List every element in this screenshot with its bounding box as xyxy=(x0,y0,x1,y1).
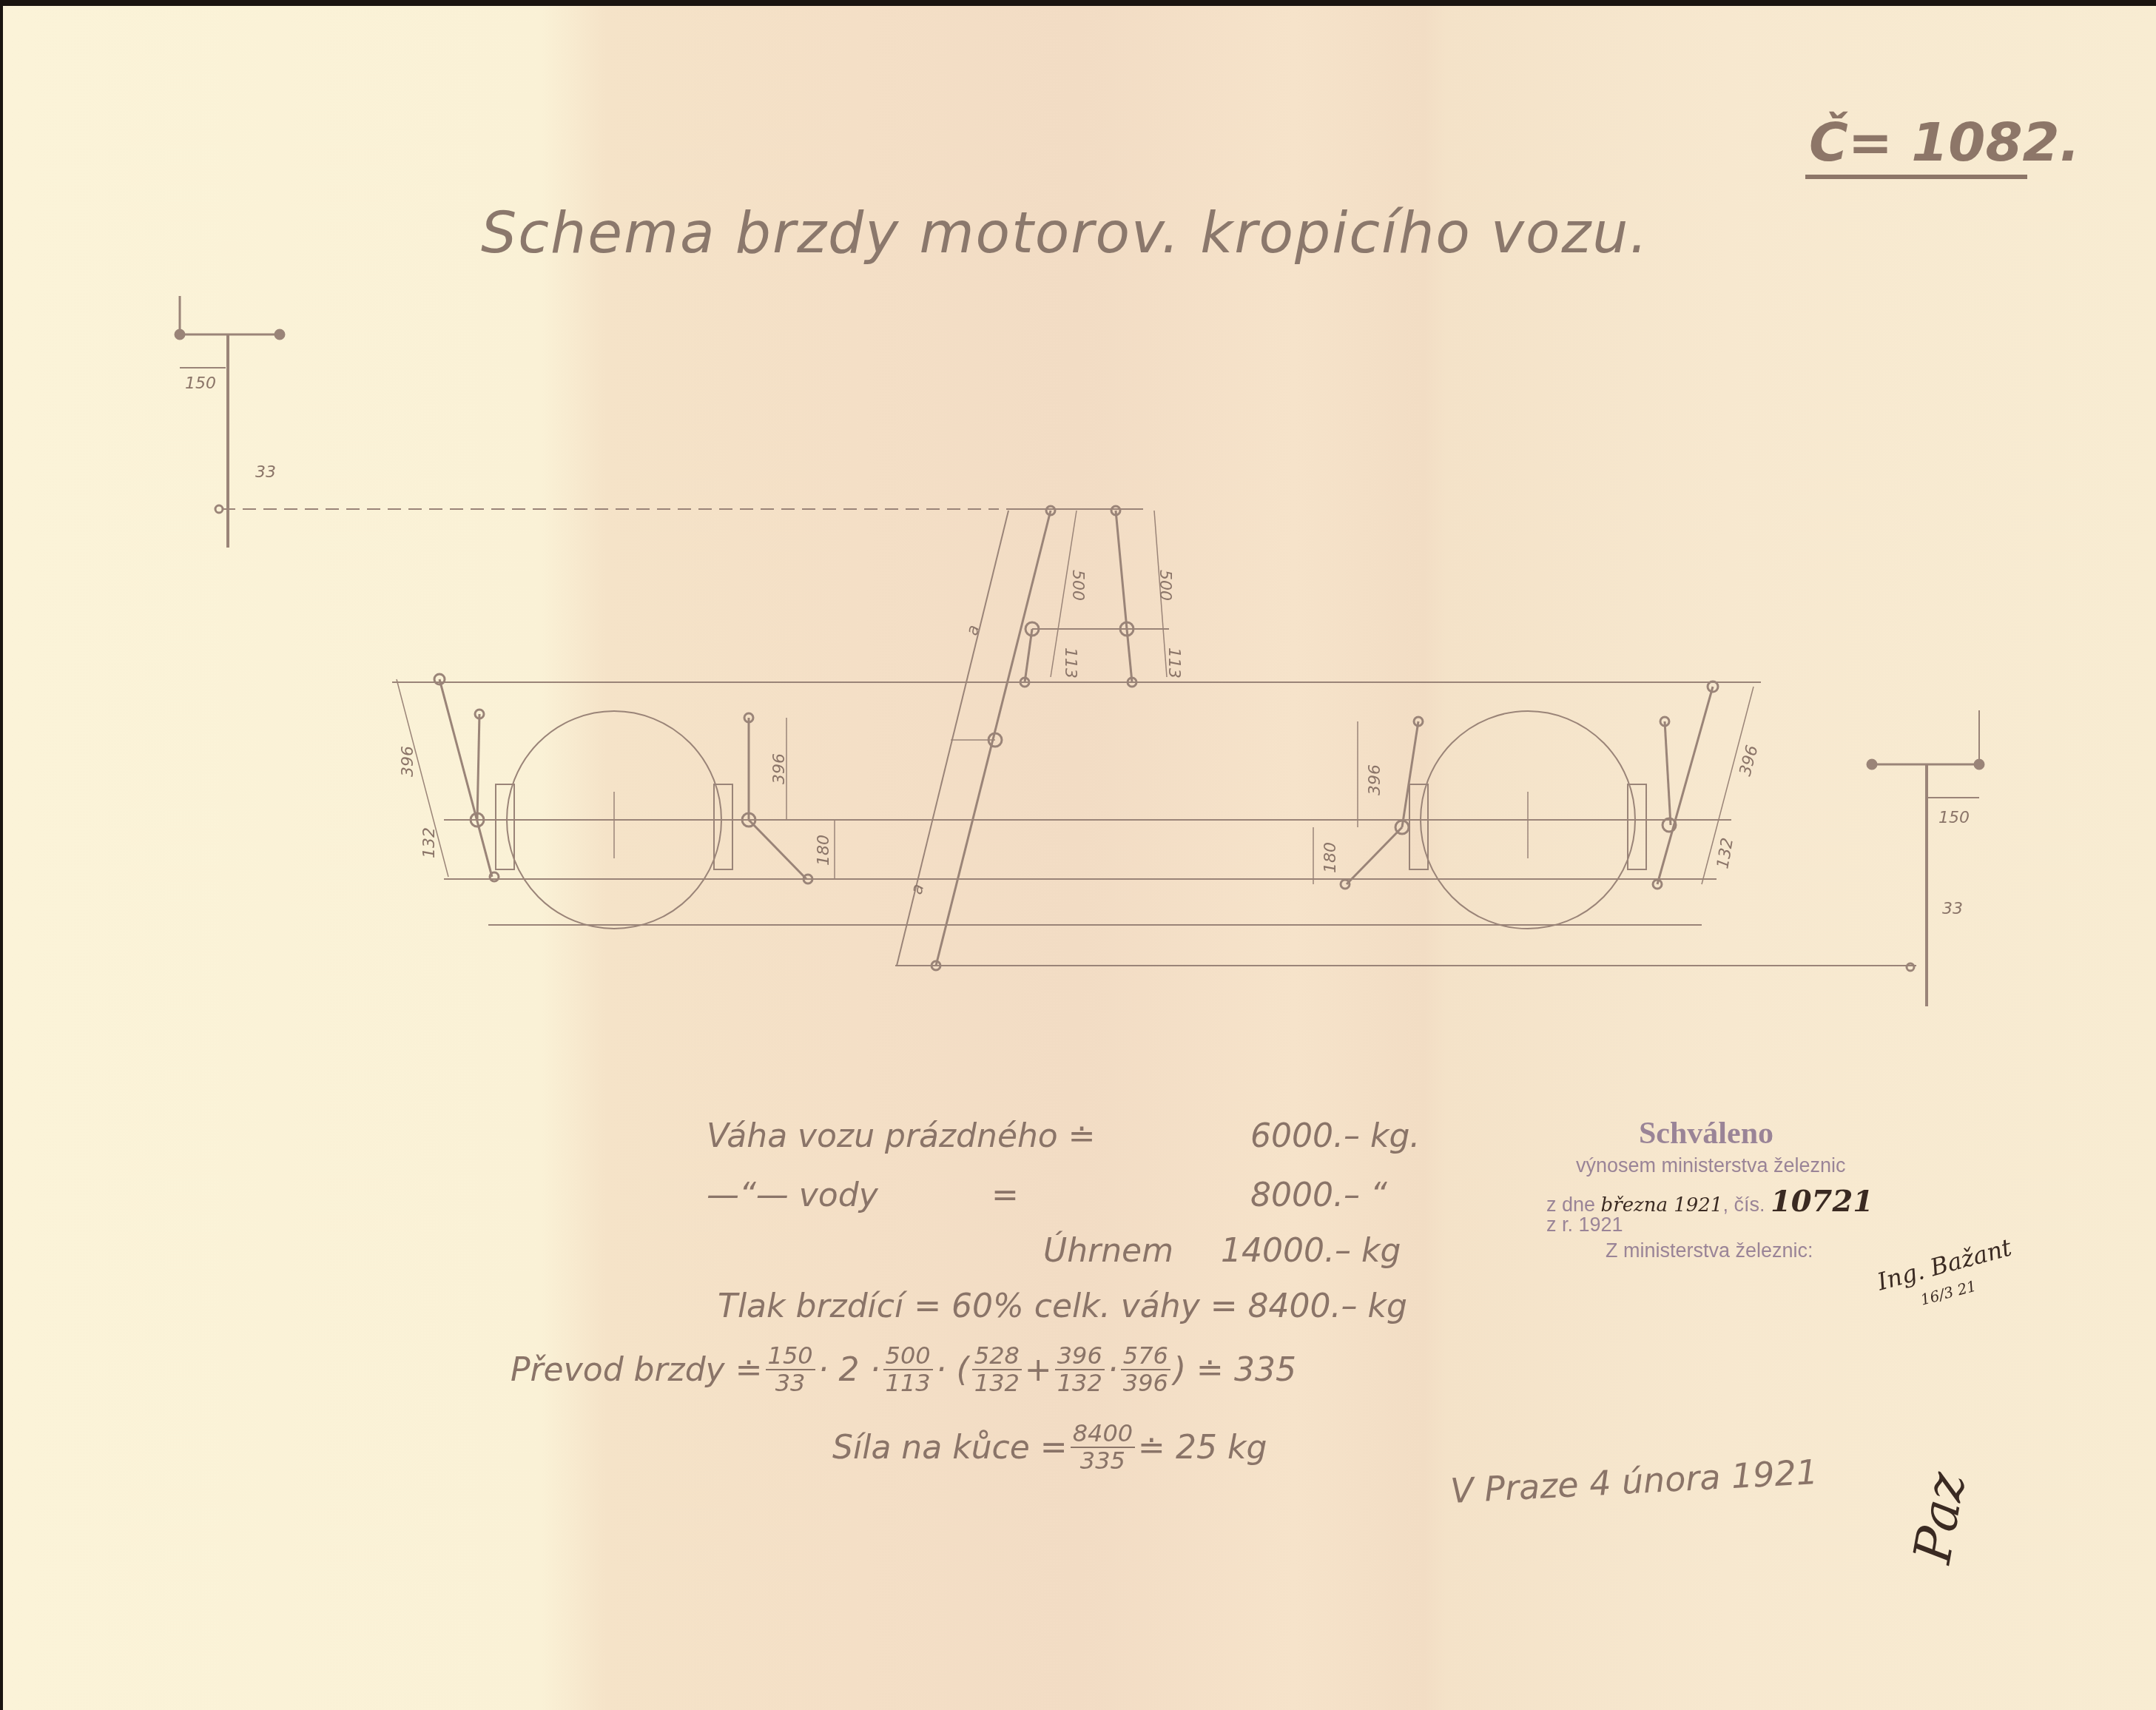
approval-number: 10721 xyxy=(1771,1184,1873,1219)
dim-132-rw: 132 xyxy=(1714,836,1737,870)
dim-33-left: 33 xyxy=(255,463,276,482)
dim-500-left: 500 xyxy=(1068,570,1087,601)
ratio-result: ≐ 335 xyxy=(1196,1351,1296,1389)
dim-396-lw-inner: 396 xyxy=(770,753,789,784)
fraction: 8400335 xyxy=(1071,1421,1135,1474)
fraction: 396132 xyxy=(1055,1343,1105,1396)
dim-150-right: 150 xyxy=(1938,809,1970,827)
dim-113-right: 113 xyxy=(1165,647,1183,679)
dim-33-right: 33 xyxy=(1942,900,1963,918)
total-value: 14000.– kg xyxy=(1221,1232,1401,1270)
ratio-label: Převod brzdy ≐ xyxy=(511,1351,763,1389)
dim-396-lw-outer: 396 xyxy=(399,746,417,777)
brake-pressure: Tlak brzdící = 60% celk. váhy = 8400.– k… xyxy=(718,1287,1407,1325)
weight-water-value: 8000.– “ xyxy=(1250,1177,1387,1214)
fraction: 576396 xyxy=(1121,1343,1170,1396)
dim-a-bottom: a xyxy=(908,882,929,896)
center-lever xyxy=(897,506,1169,970)
approval-stamp-line4: Z ministerstva železnic: xyxy=(1606,1239,1813,1262)
dimension-labels: 150 33 150 33 a a 500 500 113 113 396 13… xyxy=(185,374,1970,918)
dim-150-left: 150 xyxy=(185,374,216,393)
hand-lever-left xyxy=(175,296,999,548)
wheel-right xyxy=(1313,681,1754,929)
hand-lever-right xyxy=(1867,710,1984,1006)
approval-stamp-line3: z r. 1921 xyxy=(1546,1214,1623,1236)
dim-396-rw-outer: 396 xyxy=(1736,744,1762,778)
fraction: 500113 xyxy=(883,1343,933,1396)
lever-force-formula: Síla na kůce = 8400335 ≐ 25 kg xyxy=(832,1421,1267,1474)
approval-stamp-line1: výnosem ministerstva železnic xyxy=(1576,1154,1846,1177)
dim-500-right: 500 xyxy=(1156,570,1174,601)
weight-empty-label: Váha vozu prázdného ≐ xyxy=(707,1117,1096,1155)
force-result: ≐ 25 kg xyxy=(1138,1429,1267,1467)
approval-stamp-title: Schváleno xyxy=(1639,1116,1773,1151)
dim-180-rw: 180 xyxy=(1321,842,1340,873)
force-label: Síla na kůce = xyxy=(832,1429,1068,1467)
brake-ratio-formula: Převod brzdy ≐ 15033 · 2 · 500113 · ( 52… xyxy=(511,1343,1296,1396)
wheel-left xyxy=(397,674,835,929)
total-label: Úhrnem xyxy=(1043,1232,1173,1270)
weight-water-label: —“— vody xyxy=(707,1177,878,1214)
dim-396-rw-inner: 396 xyxy=(1366,764,1384,795)
dim-180-lw: 180 xyxy=(815,835,833,866)
fraction: 15033 xyxy=(766,1343,815,1396)
fraction: 528132 xyxy=(972,1343,1022,1396)
dim-113-left: 113 xyxy=(1061,647,1079,679)
weight-empty-value: 6000.– kg. xyxy=(1250,1117,1420,1155)
dim-132-lw: 132 xyxy=(420,827,439,858)
weight-water-eq: = xyxy=(991,1177,1019,1214)
